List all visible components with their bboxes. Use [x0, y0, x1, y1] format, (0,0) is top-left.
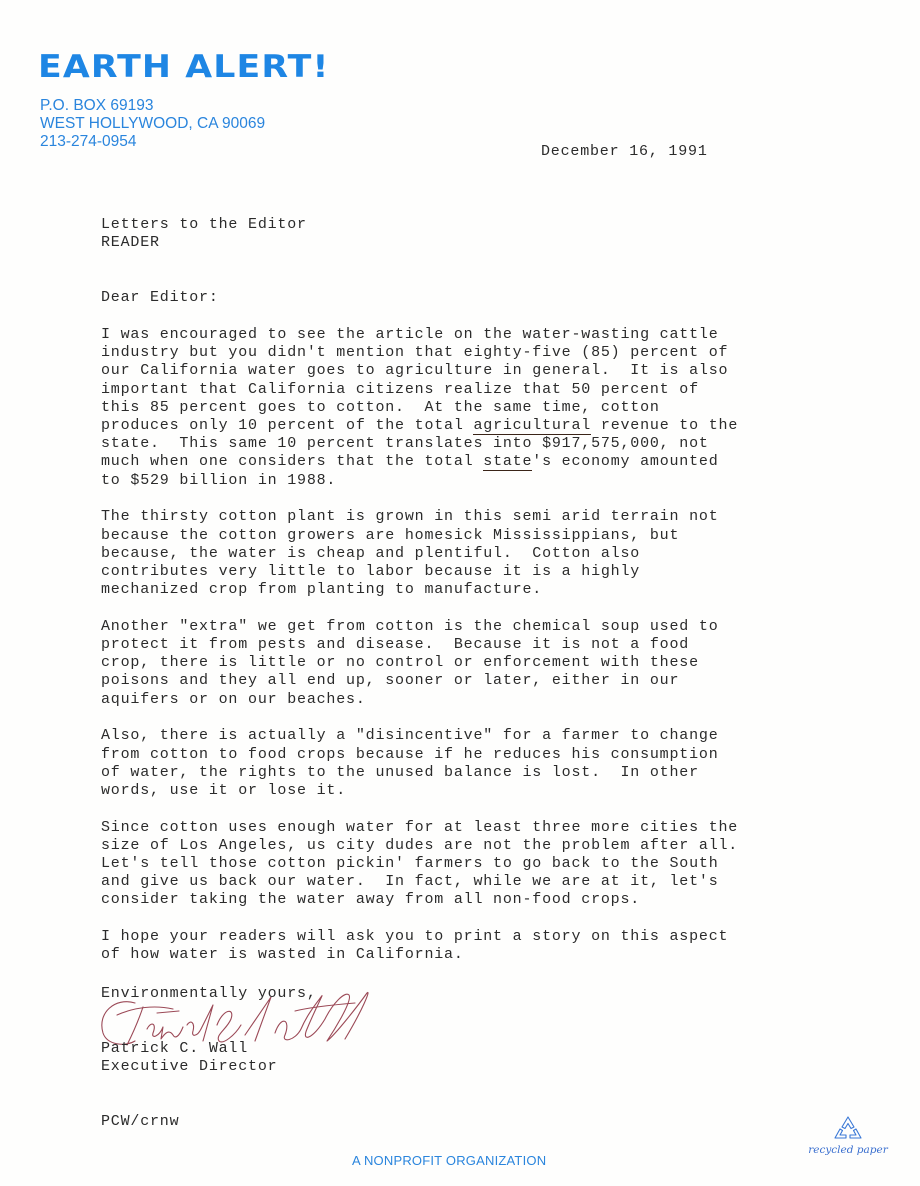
- text-line: contributes very little to labor because…: [101, 563, 831, 581]
- letter-paragraph: Since cotton uses enough water for at le…: [101, 819, 831, 910]
- signer-title: Executive Director: [101, 1058, 277, 1076]
- recipient-line: Letters to the Editor: [101, 216, 307, 234]
- text-line: The thirsty cotton plant is grown in thi…: [101, 508, 831, 526]
- text-line: consider taking the water away from all …: [101, 891, 831, 909]
- underlined-word: state: [483, 453, 532, 471]
- text-line: words, use it or lose it.: [101, 782, 831, 800]
- signer-name: Patrick C. Wall: [101, 1040, 277, 1058]
- salutation: Dear Editor:: [101, 289, 219, 306]
- footer-tagline: A NONPROFIT ORGANIZATION: [352, 1153, 546, 1168]
- letter-paragraph: I was encouraged to see the article on t…: [101, 326, 831, 490]
- letter-date: December 16, 1991: [541, 143, 708, 160]
- text-line: to $529 billion in 1988.: [101, 472, 831, 490]
- text-line: our California water goes to agriculture…: [101, 362, 831, 380]
- letterhead-address: P.O. BOX 69193 WEST HOLLYWOOD, CA 90069 …: [40, 97, 265, 151]
- text-line: I hope your readers will ask you to prin…: [101, 928, 831, 946]
- recipient-block: Letters to the Editor READER: [101, 216, 307, 252]
- text-line: much when one considers that the total s…: [101, 453, 831, 471]
- text-line: aquifers or on our beaches.: [101, 691, 831, 709]
- text-line: Also, there is actually a "disincentive"…: [101, 727, 831, 745]
- signer-block: Patrick C. Wall Executive Director: [101, 1040, 277, 1076]
- letter-paragraph: The thirsty cotton plant is grown in thi…: [101, 508, 831, 599]
- text-line: mechanized crop from planting to manufac…: [101, 581, 831, 599]
- text-line: of water, the rights to the unused balan…: [101, 764, 831, 782]
- letter-body: I was encouraged to see the article on t…: [101, 326, 831, 983]
- text-line: I was encouraged to see the article on t…: [101, 326, 831, 344]
- reference-initials: PCW/crnw: [101, 1113, 179, 1130]
- text-segment: produces only 10 percent of the total: [101, 417, 473, 434]
- recipient-line: READER: [101, 234, 307, 252]
- letter-paragraph: I hope your readers will ask you to prin…: [101, 928, 831, 964]
- address-po-box: P.O. BOX 69193: [40, 97, 265, 115]
- text-line: state. This same 10 percent translates i…: [101, 435, 831, 453]
- text-line: protect it from pests and disease. Becau…: [101, 636, 831, 654]
- recycled-paper-label: recycled paper: [808, 1144, 888, 1156]
- text-line: and give us back our water. In fact, whi…: [101, 873, 831, 891]
- text-segment: much when one considers that the total: [101, 453, 483, 470]
- text-line: Another "extra" we get from cotton is th…: [101, 618, 831, 636]
- letter-paragraph: Another "extra" we get from cotton is th…: [101, 618, 831, 709]
- text-line: because, the water is cheap and plentifu…: [101, 545, 831, 563]
- text-line: poisons and they all end up, sooner or l…: [101, 672, 831, 690]
- text-line: industry but you didn't mention that eig…: [101, 344, 831, 362]
- text-line: Since cotton uses enough water for at le…: [101, 819, 831, 837]
- underlined-word: agricultural: [473, 417, 591, 435]
- text-line: Let's tell those cotton pickin' farmers …: [101, 855, 831, 873]
- text-segment: 's economy amounted: [532, 453, 718, 470]
- address-city: WEST HOLLYWOOD, CA 90069: [40, 115, 265, 133]
- recycled-paper-mark: recycled paper: [808, 1115, 888, 1156]
- letter-paragraph: Also, there is actually a "disincentive"…: [101, 727, 831, 800]
- text-line: produces only 10 percent of the total ag…: [101, 417, 831, 435]
- text-line: size of Los Angeles, us city dudes are n…: [101, 837, 831, 855]
- address-phone: 213-274-0954: [40, 133, 265, 151]
- text-line: important that California citizens reali…: [101, 381, 831, 399]
- text-line: of how water is wasted in California.: [101, 946, 831, 964]
- closing: Environmentally yours,: [101, 985, 317, 1003]
- text-line: from cotton to food crops because if he …: [101, 746, 831, 764]
- text-line: crop, there is little or no control or e…: [101, 654, 831, 672]
- recycle-icon: [833, 1115, 863, 1143]
- text-segment: revenue to the: [591, 417, 738, 434]
- organization-name: EARTH ALERT!: [38, 52, 329, 83]
- text-line: because the cotton growers are homesick …: [101, 527, 831, 545]
- text-line: this 85 percent goes to cotton. At the s…: [101, 399, 831, 417]
